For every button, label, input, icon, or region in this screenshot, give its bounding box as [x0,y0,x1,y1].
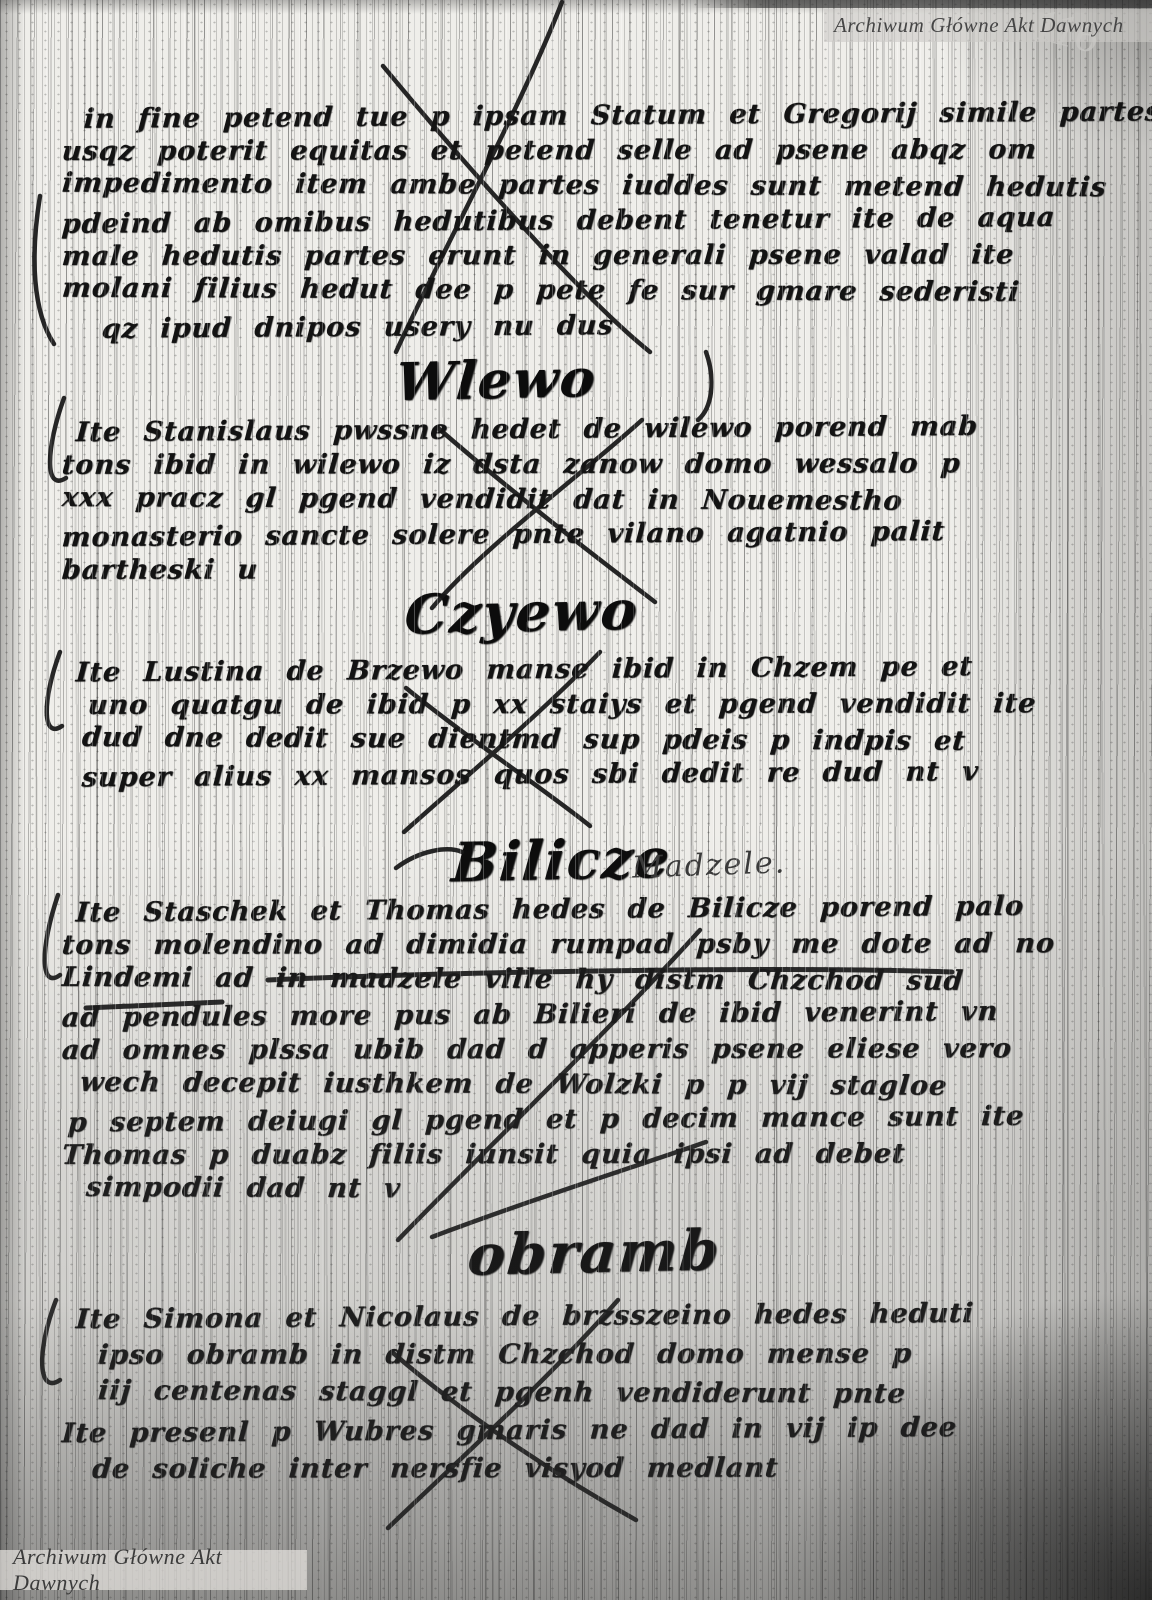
manuscript-line: monasterio sancte solere pnte vilano aga… [61,514,980,555]
manuscript-line: Ite Stanislaus pwssne hedet de wilewo po… [75,409,979,450]
manuscript-scan-page: in fine petend tue p ipsam Statum et Gre… [0,0,1152,1600]
manuscript-line: ipso obramb in distm Chzchod domo mense … [96,1335,975,1375]
paragraph-bilicze: Ite Staschek et Thomas hedes de Bilicze … [62,892,1055,1207]
manuscript-line: qz ipud dnipos usery nu dus [101,304,1152,346]
paragraph-czyewo: Ite Lustina de Brzewo manse ibid in Chze… [62,652,1036,792]
manuscript-line: simpodii dad nt v [85,1170,1057,1209]
manuscript-line: Ite presenl p Wubres gmaris ne dad in vi… [61,1409,975,1453]
heading-note-madzele: Madzele. [631,845,786,885]
paragraph-obramb: Ite Simona et Nicolaus de brzsszeino hed… [62,1298,974,1488]
section-heading-wlewo: Wlewo [393,348,599,413]
archive-watermark-text: Archiwum Główne Akt Dawnych [13,1544,307,1596]
manuscript-line: super alius xx mansos quos sbi dedit re … [81,754,1038,796]
manuscript-line: p septem deiugi gl pgend et p decim manc… [67,1099,1057,1141]
manuscript-line: usqz poterit equitas et petend selle ad … [61,132,1152,169]
section-heading-obramb: obramb [465,1217,723,1288]
manuscript-line: wech decepit iusthkem de Wolzki p p vij … [79,1065,1057,1104]
manuscript-line: ad omnes plssa ubib dad d apperis psene … [61,1031,1057,1068]
manuscript-line: dud dne dedit sue dientmd sup pdeis p in… [81,720,1038,759]
section-heading-czyewo: Czyewo [402,577,641,646]
manuscript-line: iij centenas staggl et pgenh vendiderunt… [96,1372,975,1414]
archive-watermark-bottom-left: Archiwum Główne Akt Dawnych [0,1550,307,1590]
manuscript-line: male hedutis partes erunt in generali ps… [61,237,1152,274]
manuscript-line: Thomas p duabz filiis iunsit quia ipsi a… [61,1136,1057,1173]
manuscript-line: ad pendules more pus ab Bilieri de ibid … [61,994,1057,1036]
manuscript-line: de soliche inter nersfie visyod medlant [90,1449,975,1489]
manuscript-line: xxx pracz gl pgend vendidit dat in Nouem… [61,480,980,519]
manuscript-line: pdeind ab omibus hedutibus debent tenetu… [61,199,1152,242]
manuscript-content: in fine petend tue p ipsam Statum et Gre… [0,0,1152,1600]
archive-watermark-text: Archiwum Główne Akt Dawnych [834,13,1124,38]
manuscript-line: in fine petend tue p ipsam Statum et Gre… [83,94,1152,137]
manuscript-line: molani filius hedut dee p pete fe sur gm… [61,271,1152,311]
manuscript-line: tons ibid in wilewo iz dsta zanow domo w… [61,446,980,483]
manuscript-line: uno quatgu de ibid p xx staiys et pgend … [87,686,1038,723]
manuscript-line: Lindemi ad in madzele ville hy distm Chz… [61,960,1057,999]
manuscript-line-struck: tons molendino ad dimidia rumpad psby me… [61,926,1057,963]
manuscript-line: Ite Staschek et Thomas hedes de Bilicze … [75,889,1057,931]
paragraph-intro: in fine petend tue p ipsam Statum et Gre… [62,98,1152,343]
manuscript-line: Ite Lustina de Brzewo manse ibid in Chze… [75,649,1038,691]
manuscript-line: Ite Simona et Nicolaus de brzsszeino hed… [75,1295,975,1339]
paragraph-wlewo: Ite Stanislaus pwssne hedet de wilewo po… [62,412,978,587]
archive-watermark-top-right: Archiwum Główne Akt Dawnych [824,9,1152,42]
